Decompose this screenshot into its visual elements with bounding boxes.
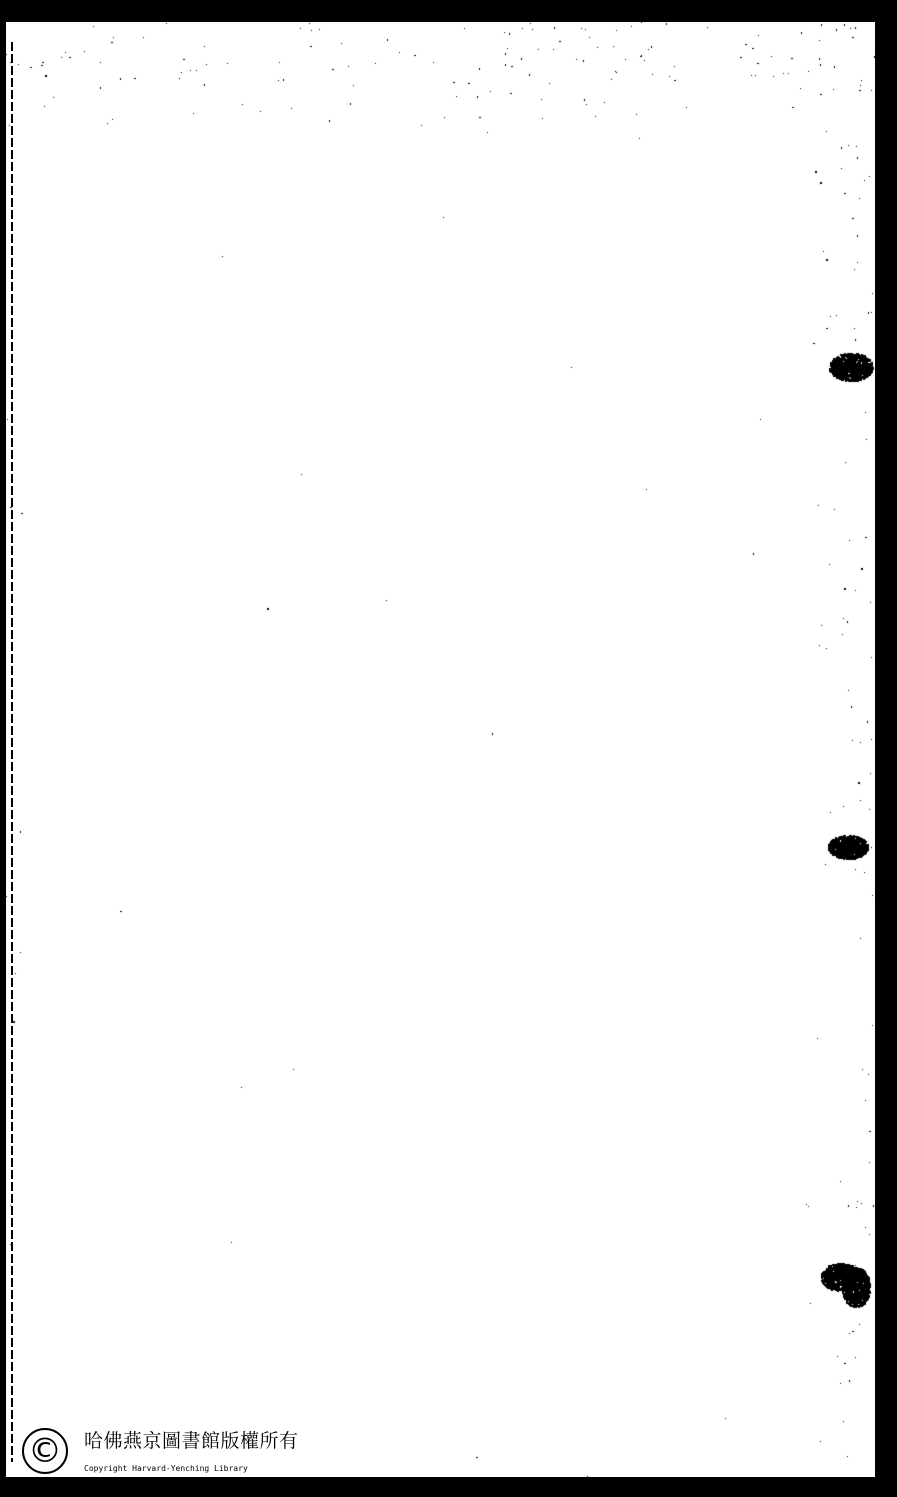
binding-fold-line xyxy=(11,42,13,1462)
copyright-text-english: Copyright Harvard-Yenching Library xyxy=(84,1464,248,1473)
paper-sheet: © 哈佛燕京圖書館版權所有 Copyright Harvard-Yenching… xyxy=(6,22,875,1477)
copyright-stamp: © 哈佛燕京圖書館版權所有 Copyright Harvard-Yenching… xyxy=(22,1426,322,1477)
copyright-icon: © xyxy=(22,1428,68,1474)
copyright-text-chinese: 哈佛燕京圖書館版權所有 xyxy=(84,1426,299,1453)
scanned-page: © 哈佛燕京圖書館版權所有 Copyright Harvard-Yenching… xyxy=(0,0,897,1497)
scan-noise xyxy=(6,22,875,1477)
